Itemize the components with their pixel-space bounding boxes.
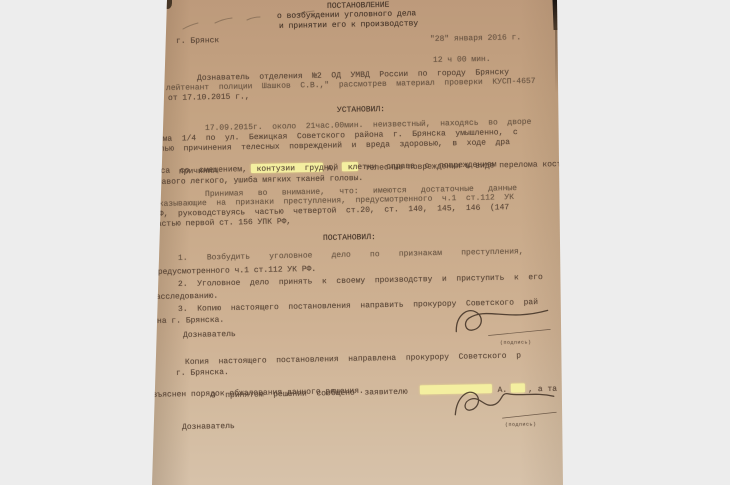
paper-sheet: ПОСТАНОВЛЕНИЕ о возбуждении уголовного д…	[0, 0, 730, 485]
item-1-line: предусмотренного ч.1 ст.112 УК РФ.	[153, 265, 316, 278]
paper-edge-shadow-tail	[555, 28, 558, 93]
copy-sent-line: г. Брянска.	[176, 368, 229, 379]
item-3-line: на г. Брянска.	[157, 316, 224, 327]
item-2-line: расследованию.	[151, 292, 218, 303]
time-label: 12 ч 00 мин.	[433, 55, 491, 66]
investigator-label: Дознаватель	[183, 330, 236, 341]
body-line: от 17.10.2015 г.,	[168, 92, 250, 104]
item-1-line: 1. Возбудить уголовное дело по признакам…	[178, 247, 524, 264]
signature-caption: (подпись)	[505, 419, 537, 430]
city-label: г. Брянск	[176, 36, 219, 47]
signature-1	[451, 302, 554, 342]
date-label: "28" января 2016 г.	[430, 33, 521, 45]
body-line: частью первой ст. 156 УПК РФ,	[152, 217, 291, 230]
ustanovil-heading: УСТАНОВИЛ:	[337, 105, 385, 116]
doc-subtitle-2: и принятии его к производству	[279, 19, 418, 32]
paper-edge-mark-left	[163, 0, 172, 9]
copy-sent-line: Копия настоящего постановления направлен…	[185, 352, 521, 368]
investigator-label: Дознаватель	[182, 422, 235, 433]
postanovil-heading: ПОСТАНОВИЛ:	[323, 233, 376, 244]
document-photo: ПОСТАНОВЛЕНИЕ о возбуждении уголовного д…	[0, 0, 730, 485]
signature-caption: (подпись)	[500, 337, 532, 348]
paper-edge-shadow-right	[552, 0, 563, 30]
